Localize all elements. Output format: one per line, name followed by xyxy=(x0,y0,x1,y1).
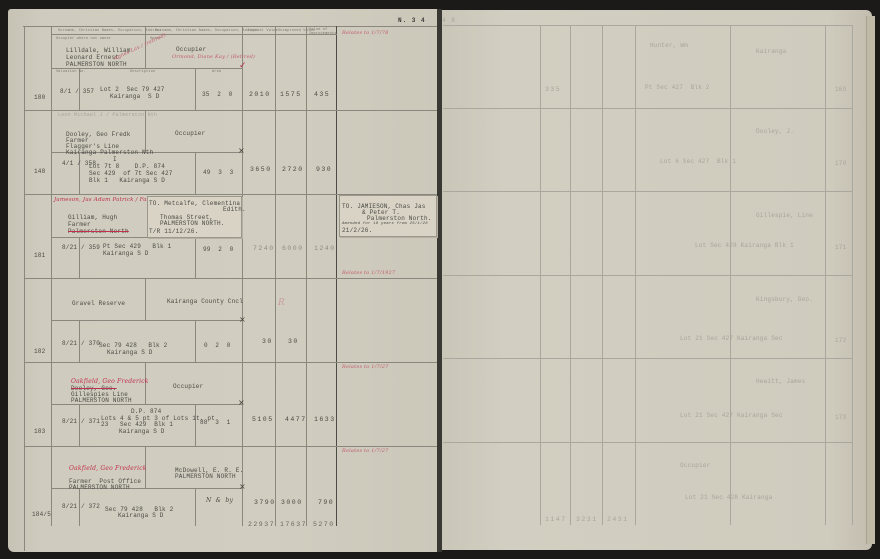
col-rule-improvements xyxy=(336,26,337,526)
total-improvements-value: 5270 xyxy=(313,521,335,528)
header-top-rule xyxy=(23,26,437,27)
row-rule xyxy=(24,362,437,363)
row-180-owner-2: Leonard Ernest xyxy=(66,54,119,61)
right-row-5-desc: Lot 21 Sec 427 Kairanga Sec xyxy=(680,412,783,419)
row-184-unimproved-value: 3000 xyxy=(281,499,303,506)
row-181-unimproved-value: 6000 xyxy=(282,245,304,252)
row-184-occupier-2: PALMERSTON NORTH xyxy=(175,473,236,480)
row-182-col-area xyxy=(195,320,196,362)
row-184-capital-value: 3790 xyxy=(254,499,276,506)
right-total-2: 3231 xyxy=(576,516,598,523)
right-row-2-name: Dooley, J. xyxy=(756,128,794,135)
row-181-owner-2: Farmer xyxy=(68,221,91,228)
header-improvements-value: Value of Improvements xyxy=(309,28,335,36)
row-182-occupier: Kairanga County Cncl xyxy=(167,298,243,305)
right-row-2-desc: Lot 6 Sec 427 Blk 1 xyxy=(660,158,736,165)
page-edges xyxy=(866,16,875,544)
row-181-owner-annotation: Jameson, Jas Adam Patrick / Farmer xyxy=(54,197,161,204)
row-181-remarks-footer: Relates to 1/7/1927 xyxy=(342,270,395,277)
right-row-rule xyxy=(443,191,853,192)
row-148-improvements-value: 930 xyxy=(316,166,332,173)
row-148-col-val xyxy=(79,152,80,194)
slip-line-5: T/R 11/12/26. xyxy=(149,228,198,235)
right-row-5-name: Hewitt, James xyxy=(756,378,805,385)
total-unimproved-value: 17637 xyxy=(280,521,307,528)
row-148-area: 49 3 3 xyxy=(203,169,233,176)
page-number-right: 4 8 xyxy=(442,17,456,24)
row-182-desc-2: Kairanga S D xyxy=(107,349,153,356)
row-181-desc-1: Pt Sec 429 Blk 1 xyxy=(103,243,171,250)
header-owner: Surname, Christian Names, Occupation, Ad… xyxy=(58,29,162,33)
row-184-col-area xyxy=(195,488,196,526)
row-183-number: 183 xyxy=(34,428,45,435)
right-row-1-name: Hunter, Wm xyxy=(650,42,688,49)
right-row-4-name: Kingsbury, Geo. xyxy=(756,296,813,303)
row-148-number: 148 xyxy=(34,168,45,175)
row-181-area: 99 2 0 xyxy=(203,246,233,253)
row-148-occupier: Occupier xyxy=(175,130,205,137)
right-row-1-values: 335 xyxy=(545,86,561,93)
row-181-desc-2: Kairanga S D xyxy=(103,250,149,257)
row-183-owner-annotation: Oakfield, Geo Frederick xyxy=(71,378,149,385)
left-border-rule xyxy=(24,26,25,551)
right-row-rule xyxy=(443,275,853,276)
right-row-1-name-2: Kairanga xyxy=(756,48,786,55)
row-184-owner-annotation: Oakfield, Geo Frederick xyxy=(69,465,147,472)
row-181-occupier-slip: TO. Metcalfe, Clementina Edith. Thomas S… xyxy=(147,196,242,238)
row-181-owner-3: Palmerston North xyxy=(68,228,129,235)
row-180-occupier: Occupier xyxy=(176,46,206,53)
right-total-3: 2431 xyxy=(607,516,629,523)
right-row-6-desc: Lot 21 Sec 428 Kairanga xyxy=(685,494,772,501)
row-148-owner-4: Kairanga Palmerston Nth xyxy=(66,149,153,156)
total-capital-value: 22937 xyxy=(248,521,275,528)
row-181-number: 181 xyxy=(34,252,45,259)
row-184-desc-2: Kairanga S D xyxy=(118,512,164,519)
row-180-desc-1: Lot 2 Sec 79 427 xyxy=(100,86,165,93)
col-rule-number xyxy=(51,26,52,526)
row-182-owner-1: Gravel Reserve xyxy=(72,300,125,307)
check-mark-icon: ✓ xyxy=(239,61,247,71)
row-183-capital-value: 5105 xyxy=(252,416,274,423)
col-rule-unimproved xyxy=(306,26,307,526)
row-148-desc-1: I xyxy=(113,156,117,163)
row-180-valuation-no: 8/1 / 357 xyxy=(60,88,94,95)
row-rule xyxy=(24,110,437,111)
right-row-1-desc: Pt Sec 427 Blk 2 xyxy=(645,84,710,91)
right-row-2-number: 170 xyxy=(835,160,846,167)
col-rule-capital xyxy=(275,26,276,526)
right-row-6-name: Occupier xyxy=(680,462,710,469)
row-182-unimproved-value: 30 xyxy=(288,338,299,345)
row-180-desc-2: Kairanga S D xyxy=(110,93,159,100)
row-148-unimproved-value: 2720 xyxy=(282,166,304,173)
row-180-owner-3: PALMERSTON NORTH xyxy=(66,61,127,68)
cross-mark-icon: × xyxy=(238,398,245,407)
row-180-improvements-value: 435 xyxy=(314,91,330,98)
row-180-occupier-annotation: Ormond, Diane Kay / (Retired) xyxy=(172,54,255,61)
row-182-faint-stamp: R xyxy=(278,300,285,307)
row-182-number: 182 xyxy=(34,348,45,355)
row-182-valuation-no: 8/21 / 370 xyxy=(62,340,100,347)
right-row-rule xyxy=(443,358,853,359)
col-rule-occupier xyxy=(242,26,243,526)
row-148-capital-value: 3650 xyxy=(250,166,272,173)
right-row-3-name: Gillespie, Line xyxy=(756,212,813,219)
row-183-valuation-no: 8/21 / 371 xyxy=(62,418,100,425)
row-183-owner-3: PALMERSTON NORTH xyxy=(71,397,132,404)
row-183-improvements-value: 1633 xyxy=(314,416,336,423)
row-180-number: 180 xyxy=(34,94,45,101)
right-row-4-desc: Lot 21 Sec 427 Kairanga Sec xyxy=(680,335,783,342)
row-180-unimproved-value: 1575 xyxy=(280,91,302,98)
header-sub-rule xyxy=(51,34,337,35)
cross-mark-icon: × xyxy=(238,146,245,155)
row-183-desc-4: Kairanga S D xyxy=(119,428,165,435)
row-181-remarks-slip: TO. JAMIESON, Chas Jas & Peter T. Palmer… xyxy=(339,195,437,237)
row-148-owner-annotation: Leon Michael J / Palmerston Nth xyxy=(58,113,157,117)
row-rule xyxy=(24,446,437,447)
right-row-1-number: 169 xyxy=(835,86,846,93)
row-184-remarks: Relates to 1/7/27 xyxy=(342,448,389,455)
row-148-desc-2: Lot 7t 8 D.P. 874 xyxy=(89,163,165,170)
right-total-1: 1147 xyxy=(545,516,567,523)
row-181-capital-value: 7240 xyxy=(253,245,275,252)
right-row-rule xyxy=(443,108,853,109)
header-capital-value: Capital Value xyxy=(248,29,278,33)
book-spine xyxy=(437,9,442,552)
slip-line-4: PALMERSTON NORTH. xyxy=(160,220,225,227)
row-183-desc-1: D.P. 874 xyxy=(131,408,161,415)
row-180-col-area xyxy=(195,68,196,110)
right-ledger-page xyxy=(440,10,872,550)
row-183-occupier: Occupier xyxy=(173,383,203,390)
row-182-area: 0 2 0 xyxy=(204,342,231,349)
row-184-owner-2: PALMERSTON NORTH xyxy=(69,484,130,491)
remarks-slip-line-5: 21/2/26. xyxy=(342,227,372,234)
header-owner-sub: Occupier where not owner xyxy=(56,37,111,41)
page-number: N. 3 4 xyxy=(398,17,426,24)
row-rule xyxy=(24,278,437,279)
row-148-col-area xyxy=(195,152,196,194)
row-184-number: 184/5 xyxy=(32,511,51,518)
cross-mark-icon: × xyxy=(239,482,246,491)
row-184-improvements-value: 790 xyxy=(318,499,334,506)
row-183-col-area xyxy=(195,404,196,446)
row-184-area: N & by xyxy=(206,497,233,504)
row-181-improvements-value: 1240 xyxy=(314,245,336,252)
header-area: Area xyxy=(212,70,221,74)
header-occupier: Surname, Christian Names, Occupation, Ad… xyxy=(155,29,259,33)
right-header-rule xyxy=(443,25,853,26)
row-180-capital-value: 2010 xyxy=(249,91,271,98)
row-183-desc-3: 23 Sec 429 Blk 1 xyxy=(101,421,173,428)
row-181-owner-1: Gilliam, Hugh xyxy=(68,214,117,221)
row-182-capital-value: 30 xyxy=(262,338,273,345)
row-148-desc-4: Blk 1 Kairanga S D xyxy=(89,177,165,184)
right-row-5-number: 173 xyxy=(835,414,846,421)
right-row-3-number: 171 xyxy=(835,244,846,251)
row-183-remarks: Relates to 1/7/27 xyxy=(342,364,389,371)
row-148-desc-3: Sec 429 of 7t Sec 427 xyxy=(89,170,173,177)
row-180-area: 35 2 0 xyxy=(202,91,232,98)
row-184-valuation-no: 8/21 / 372 xyxy=(62,503,100,510)
row-182-col-occ xyxy=(145,278,146,320)
row-181-col-area xyxy=(195,237,196,278)
right-row-4-number: 172 xyxy=(835,337,846,344)
row-180-remarks: Relates to 1/7/78 xyxy=(342,30,389,37)
row-183-unimproved-value: 4477 xyxy=(285,416,307,423)
row-183-area: 88 3 1 xyxy=(200,419,230,426)
right-row-rule xyxy=(443,442,853,443)
slip-line-2: Edith. xyxy=(223,206,246,213)
row-182-desc-1: Sec 79 428 Blk 2 xyxy=(99,342,167,349)
row-183-col-val xyxy=(79,404,80,446)
row-181-valuation-no: 8/21 / 359 xyxy=(62,244,100,251)
right-row-3-desc: Lot Sec 428 Kairanga Blk 1 xyxy=(695,242,794,249)
header-valuation-no: Valuation No. xyxy=(56,70,86,74)
cross-mark-icon: × xyxy=(239,315,246,324)
header-description: Description xyxy=(130,70,155,74)
